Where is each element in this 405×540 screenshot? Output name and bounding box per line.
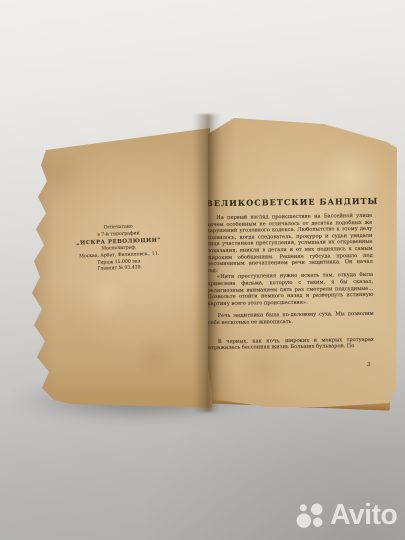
body-copy: На первый взгляд происшествие на Бассейн… (206, 213, 374, 352)
page-text-block: ВЕЛИКОСВЕТСКИЕ БАНДИТЫ На первый взгляд … (206, 196, 374, 352)
avito-watermark: Avito (294, 494, 402, 536)
left-page: Отпечатано в 7-й типографии „ИСКРА РЕВОЛ… (20, 120, 212, 415)
body-paragraph: В черных, как ночь, широких и мокрых тро… (208, 336, 374, 352)
avito-wordmark: Avito (330, 501, 397, 530)
avito-logo-icon (294, 499, 327, 532)
page-number: 3 (367, 362, 371, 368)
right-page: ВЕЛИКОСВЕТСКИЕ БАНДИТЫ На первый взгляд … (204, 110, 400, 412)
body-paragraph: Речь защитника была по-деловому суха. Мы… (208, 311, 374, 327)
photo-background: Отпечатано в 7-й типографии „ИСКРА РЕВОЛ… (0, 0, 405, 540)
chapter-title: ВЕЛИКОСВЕТСКИЕ БАНДИТЫ (206, 196, 372, 208)
body-paragraph: На первый взгляд происшествие на Бассейн… (206, 213, 373, 275)
printer-imprint: Отпечатано в 7-й типографии „ИСКРА РЕВОЛ… (58, 223, 180, 276)
body-paragraph: «Нити преступления нужно искать там, отк… (207, 272, 373, 307)
